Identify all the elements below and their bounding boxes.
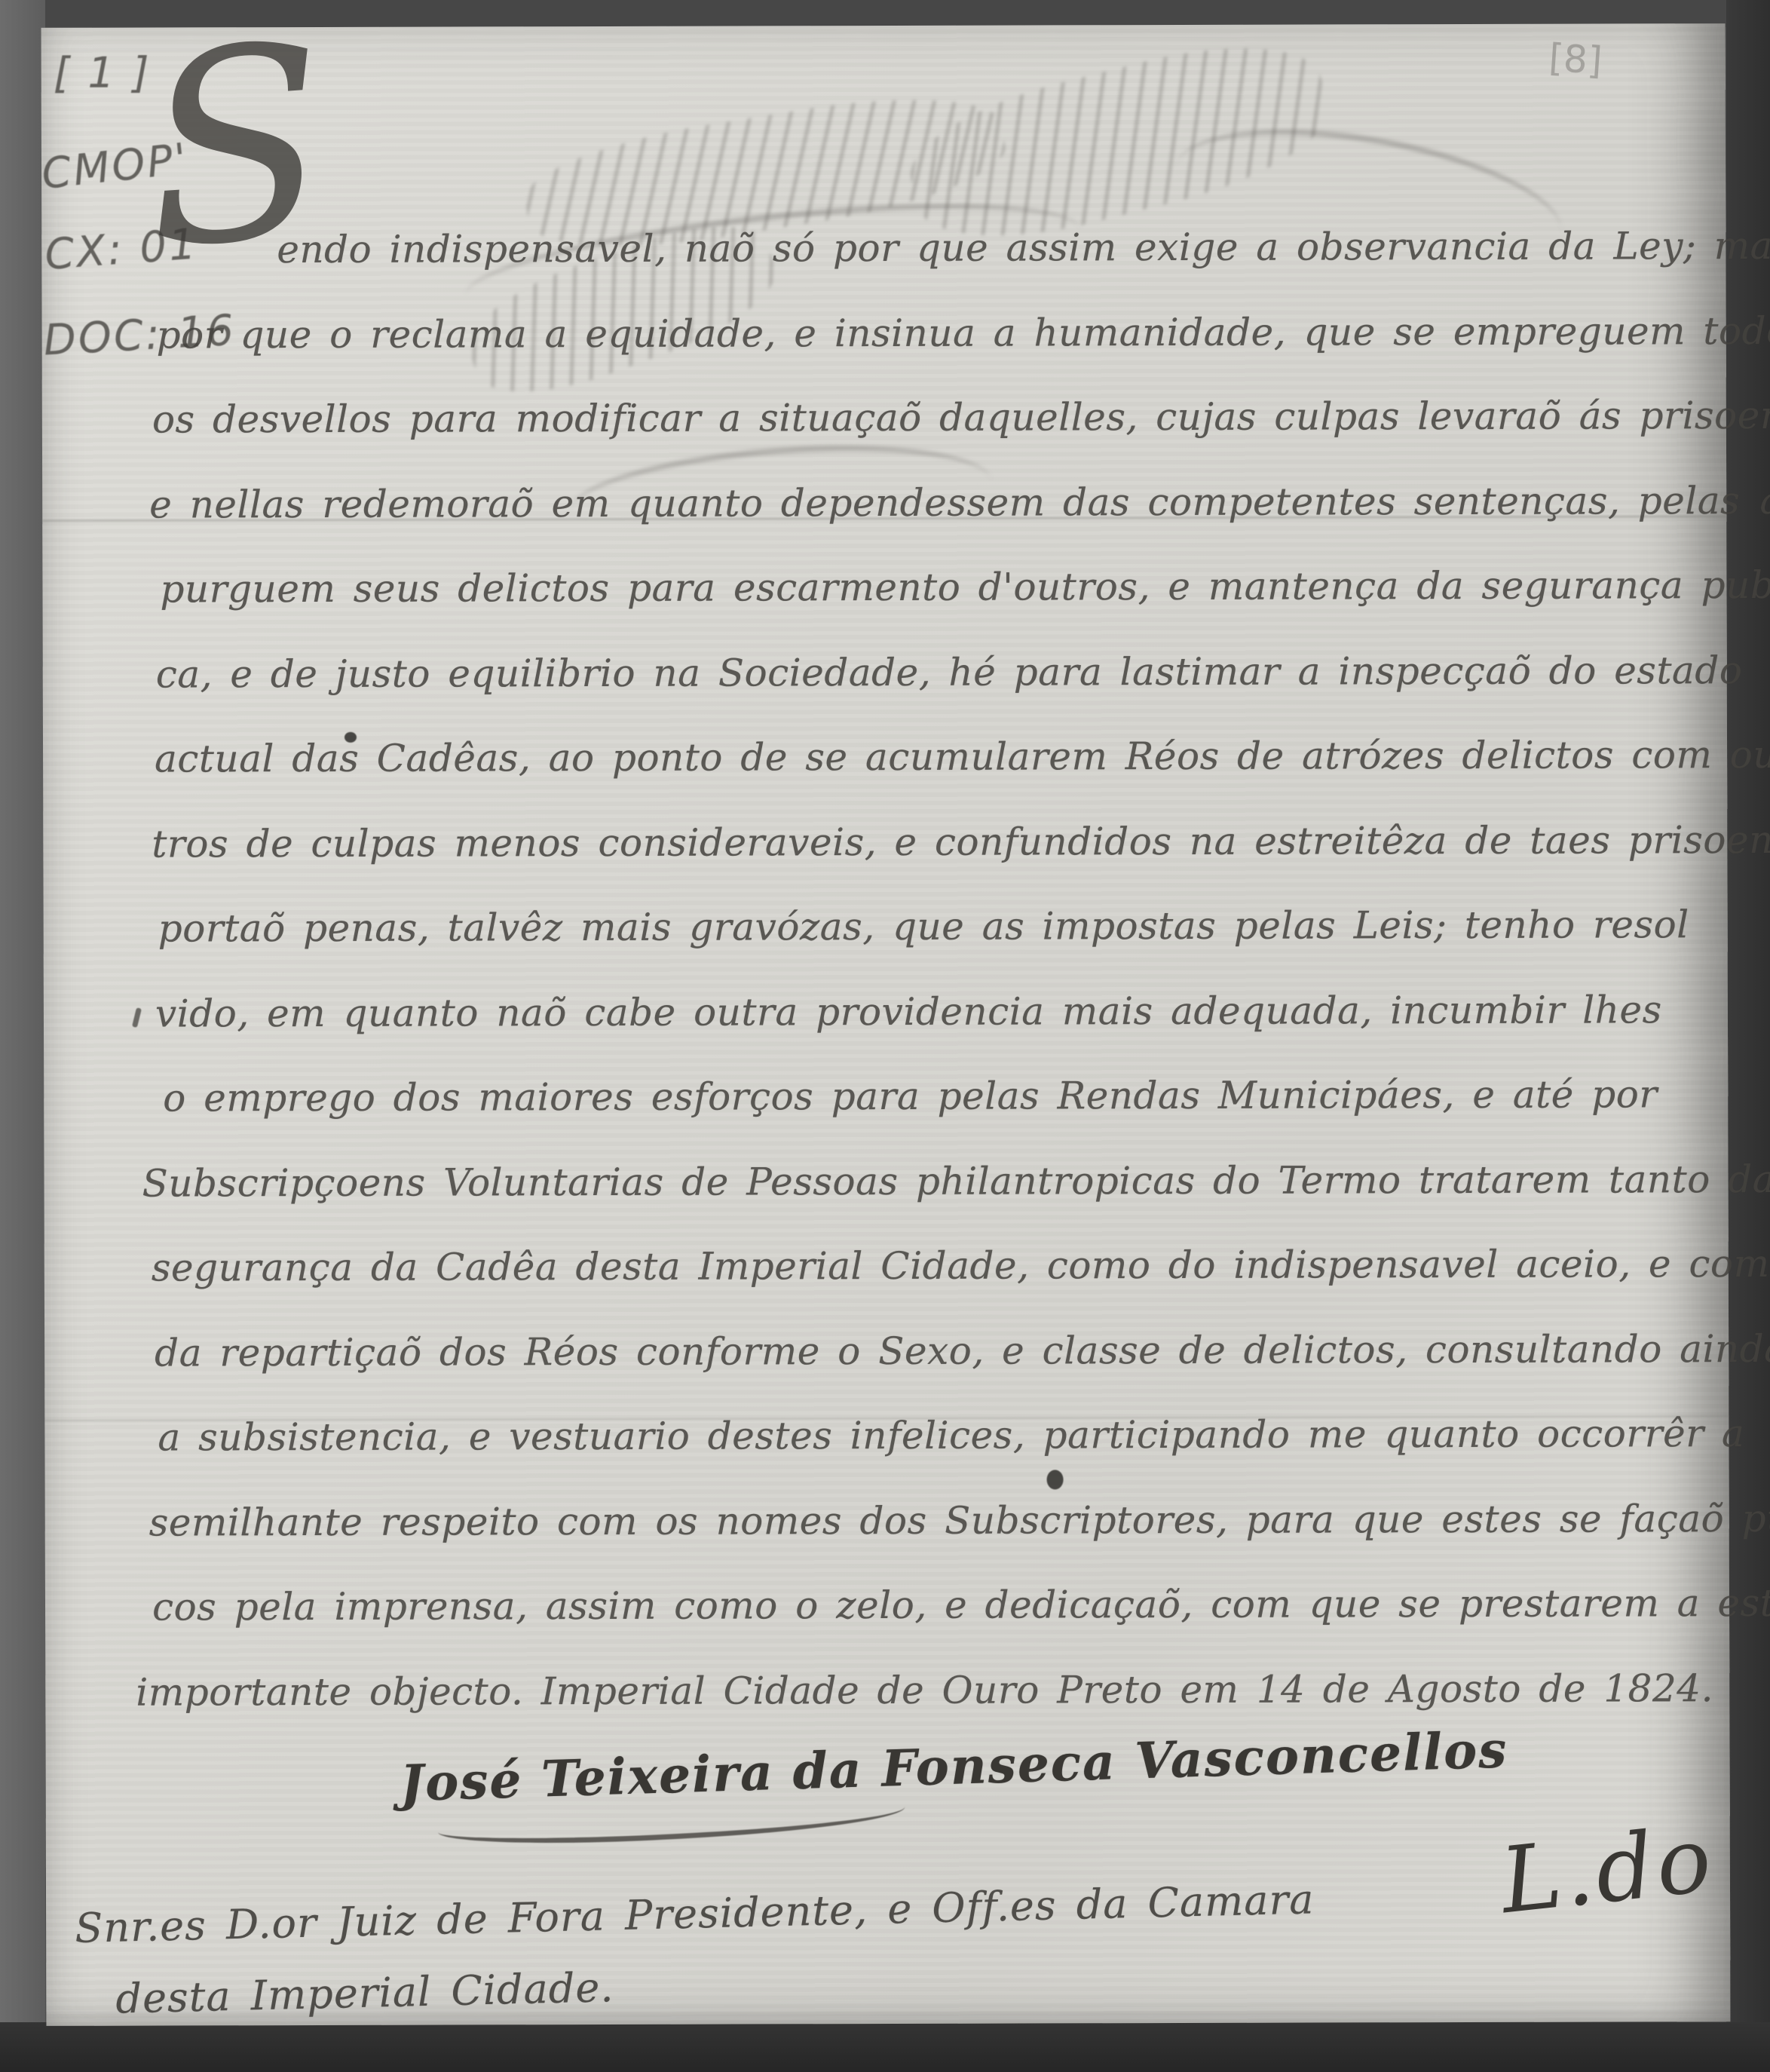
manuscript-line: os desvellos para modificar a situaçaõ d… bbox=[152, 394, 1770, 442]
ink-tick-mark bbox=[132, 1007, 142, 1028]
addressee-line: Snr.es D.or Juiz de Fora Presidente, e O… bbox=[75, 1875, 1315, 1952]
manuscript-line: actual das Cadêas, ao ponto de se acumul… bbox=[155, 733, 1770, 781]
manuscript-line: da repartiçaõ dos Réos conforme o Sexo, … bbox=[155, 1327, 1770, 1375]
manuscript-line: segurança da Cadêa desta Imperial Cidade… bbox=[152, 1242, 1770, 1290]
scan-border-bottom bbox=[0, 2022, 1770, 2072]
manuscript-line: Subscripçoens Voluntarias de Pessoas phi… bbox=[142, 1157, 1770, 1206]
document-scan: [ 1 ] CMOP' CX: 01 DOC: 16 [8] S endo in… bbox=[0, 0, 1770, 2072]
scan-border-left bbox=[0, 0, 45, 2072]
manuscript-line: ca, e de justo equilibrio na Sociedade, … bbox=[156, 648, 1743, 697]
manuscript-line: purguem seus delictos para escarmento d'… bbox=[160, 563, 1770, 611]
archival-page-number: [ 1 ] bbox=[54, 49, 152, 98]
manuscript-line: endo indispensavel, naõ só por que assim… bbox=[277, 224, 1770, 271]
manuscript-line: portaõ penas, talvêz mais gravózas, que … bbox=[158, 903, 1689, 950]
manuscript-line: cos pela imprensa, assim como o zelo, e … bbox=[152, 1581, 1770, 1629]
manuscript-line: e nellas redemoraõ em quanto dependessem… bbox=[149, 478, 1770, 526]
manuscript-line: por que o reclama a equidade, e insinua … bbox=[157, 309, 1770, 357]
ink-blot bbox=[1047, 1470, 1064, 1489]
manuscript-line: importante objecto. Imperial Cidade de O… bbox=[136, 1666, 1713, 1714]
addressee-line: desta Imperial Cidade. bbox=[115, 1963, 614, 2023]
archival-corner-mark: [8] bbox=[1548, 35, 1604, 83]
manuscript-line: o emprego dos maiores esforços para pela… bbox=[163, 1072, 1658, 1120]
manuscript-line: tros de culpas menos consideraveis, e co… bbox=[152, 818, 1770, 866]
signature: José Teixeira da Fonseca Vasconcellos bbox=[400, 1720, 1509, 1813]
manuscript-line: a subsistencia, e vestuario destes infel… bbox=[158, 1411, 1744, 1460]
manuscript-page: [ 1 ] CMOP' CX: 01 DOC: 16 [8] S endo in… bbox=[41, 23, 1731, 2026]
registry-rubric: L.do bbox=[1496, 1807, 1719, 1935]
manuscript-line: semilhante respeito com os nomes dos Sub… bbox=[149, 1497, 1770, 1545]
manuscript-line: vido, em quanto naõ cabe outra providenc… bbox=[155, 988, 1662, 1035]
